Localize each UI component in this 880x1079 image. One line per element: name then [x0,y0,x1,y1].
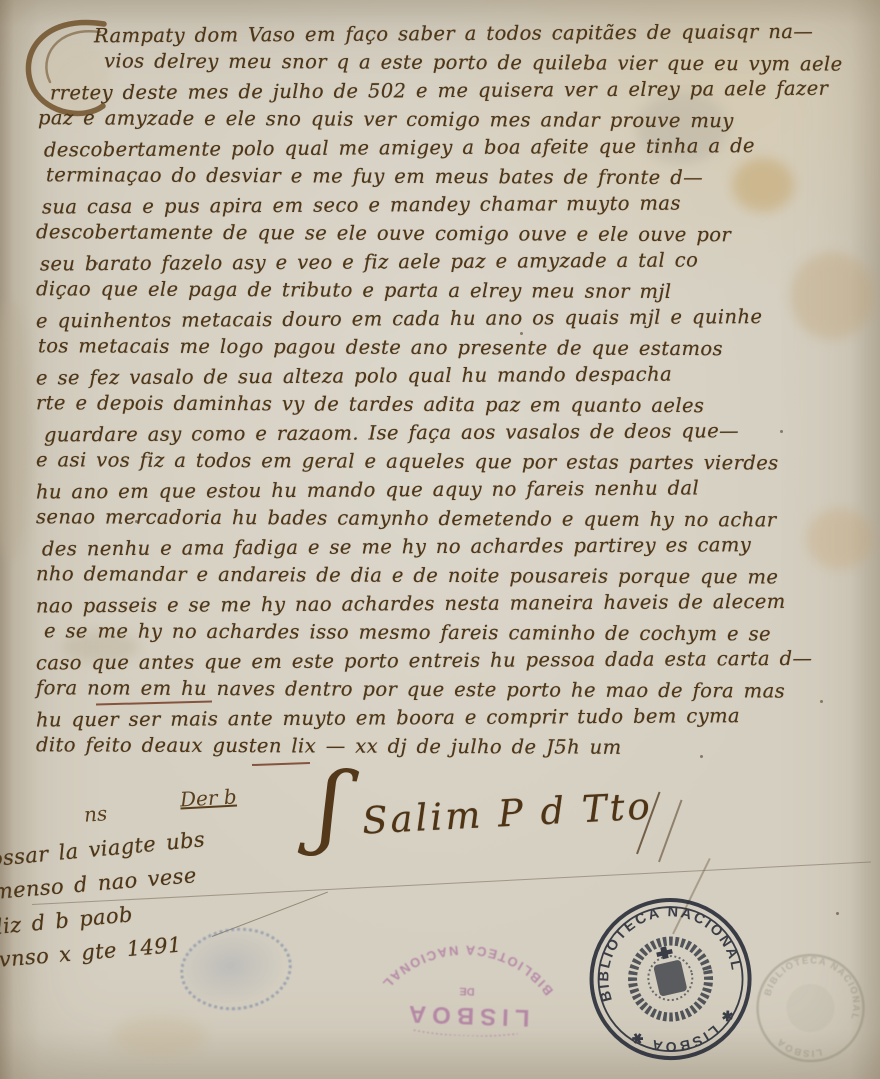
manuscript-line: descobertamente polo qual me amigey a bo… [44,132,848,165]
manuscript-line: des nenhu e ama fadiga e se me hy no ach… [42,531,848,564]
manuscript-line: dito feito deaux gusten lix — xx dj de j… [36,731,848,763]
manuscript-line: hu ano em que estou hu mando que aquy no… [36,474,848,507]
manuscript-page: Rampaty dom Vaso em faço saber a todos c… [0,0,880,1079]
manuscript-line: vios delrey meu snor q a este porto de q… [104,47,848,79]
manuscript-line: e quinhentos metacais douro em cada hu a… [36,303,848,336]
manuscript-line: diçao que ele pagа de tributo e parta a … [36,275,848,307]
manuscript-line: paz e amyzade e ele sno quis ver comigo … [38,104,848,136]
manuscript-line: seu barato fazelo asy e veo e fiz aele p… [40,246,848,279]
manuscript-line: terminaçao do desviar e me fuy em meus b… [46,161,848,193]
strikethrough-mark [252,762,310,766]
ghost-stamp-emblem [781,978,840,1037]
signature-flourish: ʃ [315,759,346,853]
manuscript-line: descobertamente de que se ele ouve comig… [36,218,848,250]
edge-shading [0,300,32,560]
manuscript-line: tos metacais me logo pagou deste ano pre… [38,332,848,364]
manuscript-body: Rampaty dom Vaso em faço saber a todos c… [36,20,848,761]
ink-slash-mark [658,800,683,863]
manuscript-line: caso que antes que em este porto entreis… [36,645,848,678]
manuscript-line: Rampaty dom Vaso em faço saber a todos c… [94,18,848,51]
manuscript-line: hu quer ser mais ante muyto em boora e c… [36,702,848,735]
ghost-library-stamp: BIBLIOTECA NACIONAL LISBOA [738,936,880,1079]
manuscript-line: senao mercadoria hu bades camynho demete… [36,503,848,535]
manuscript-line: nao passeis e se me hy nao achardes nest… [36,588,848,621]
manuscript-line: e asi vos fiz a todos em geral e aqueles… [36,446,848,478]
manuscript-line: e se fez vasalo de sua alteza polo qual … [36,360,848,393]
marginal-notes: ossar la viagte ubs menso d nao vese liz… [0,823,215,977]
manuscript-line: rte e depois daminhas vy de tardes adita… [36,389,848,421]
ink-stain [112,1016,208,1058]
manuscript-line: rretey deste mes de julho de 502 e me qu… [50,75,848,108]
clerk-note: Der b [179,785,237,812]
signature-name: Salim P d Tto [361,784,654,842]
purple-library-stamp: BIBLIOTECA NACIONAL DE LISBOA [365,883,570,1044]
purple-stamp-underline [413,1030,517,1038]
fly-speck [836,912,839,915]
clerk-note: ns [83,801,108,827]
stamp-coat-of-arms [653,959,687,996]
manuscript-line: sua casa e pus apira em seco e mandey ch… [42,189,848,222]
purple-stamp-de-text: DE [459,985,475,998]
manuscript-line: e se me hy no achardes isso mesmo fareis… [44,617,848,649]
manuscript-line: guardare asy como e razaom. Ise faça aos… [44,417,848,450]
purple-stamp-city-text: LISBOA [402,1000,530,1031]
manuscript-line: nho demandar e andareis de dia e de noit… [36,560,848,592]
